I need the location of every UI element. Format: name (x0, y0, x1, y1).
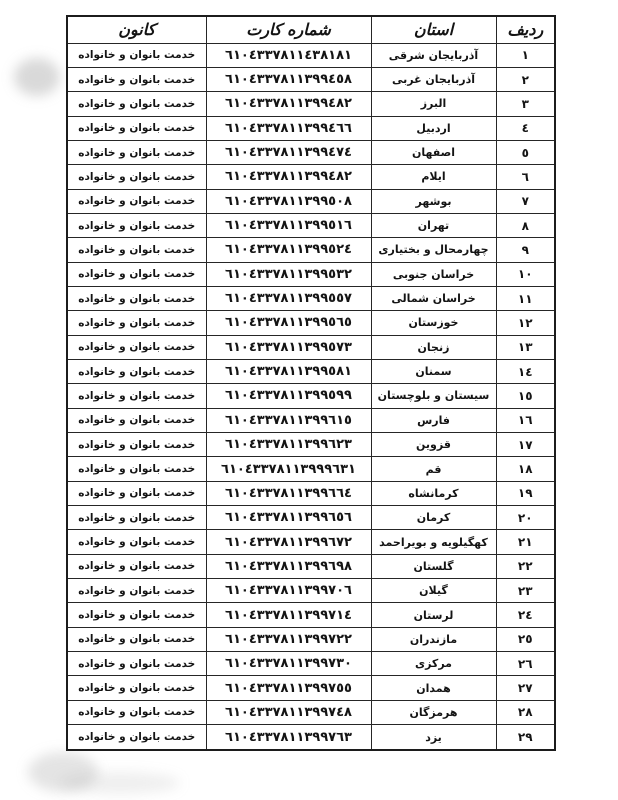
province-cell: خوزستان (371, 311, 496, 335)
card-number-cell: ٦١٠٤٣٣٧٨١١٣٩٩٤٨٢ (206, 165, 371, 189)
kanoon-cell: خدمت بانوان و خانواده (67, 725, 206, 750)
province-cell: آذربایجان شرقی (371, 43, 496, 67)
table-row: ٢٥مازندران٦١٠٤٣٣٧٨١١٣٩٩٧٢٢خدمت بانوان و … (67, 627, 555, 651)
row-number-cell: ٢٩ (496, 725, 555, 750)
province-cell: اردبیل (371, 116, 496, 140)
card-number-cell: ٦١٠٤٣٣٧٨١١٣٩٩٧١٤ (206, 603, 371, 627)
province-cell: لرستان (371, 603, 496, 627)
card-number-cell: ٦١٠٤٣٣٧٨١١٣٩٩٦٢٣ (206, 433, 371, 457)
province-cell: ایلام (371, 165, 496, 189)
province-cell: مرکزی (371, 652, 496, 676)
row-number-cell: ١٤ (496, 359, 555, 383)
row-number-cell: ١٥ (496, 384, 555, 408)
table-row: ٢٦مرکزی٦١٠٤٣٣٧٨١١٣٩٩٧٣٠خدمت بانوان و خان… (67, 652, 555, 676)
kanoon-cell: خدمت بانوان و خانواده (67, 408, 206, 432)
card-number-cell: ٦١٠٤٣٣٧٨١١٣٩٩٧٤٨ (206, 700, 371, 724)
kanoon-cell: خدمت بانوان و خانواده (67, 92, 206, 116)
province-cell: آذربایجان غربی (371, 67, 496, 91)
card-number-cell: ٦١٠٤٣٣٧٨١١٣٩٩٥٨١ (206, 359, 371, 383)
card-number-cell: ٦١٠٤٣٣٧٨١١٣٩٩٤٥٨ (206, 67, 371, 91)
card-number-cell: ٦١٠٤٣٣٧٨١١٣٩٩٥١٦ (206, 213, 371, 237)
kanoon-cell: خدمت بانوان و خانواده (67, 116, 206, 140)
row-number-cell: ٢٠ (496, 506, 555, 530)
kanoon-cell: خدمت بانوان و خانواده (67, 506, 206, 530)
card-number-cell: ٦١٠٤٣٣٧٨١١٣٩٩٦٩٨ (206, 554, 371, 578)
kanoon-cell: خدمت بانوان و خانواده (67, 262, 206, 286)
card-number-cell: ٦١٠٤٣٣٧٨١١٣٩٩٤٧٤ (206, 140, 371, 164)
card-number-cell: ٦١٠٤٣٣٧٨١١٤٣٨١٨١ (206, 43, 371, 67)
table-row: ١٤سمنان٦١٠٤٣٣٧٨١١٣٩٩٥٨١خدمت بانوان و خان… (67, 359, 555, 383)
kanoon-cell: خدمت بانوان و خانواده (67, 189, 206, 213)
card-number-cell: ٦١٠٤٣٣٧٨١١٣٩٩٦٦٤ (206, 481, 371, 505)
card-number-cell: ٦١٠٤٣٣٧٨١١٣٩٩٦٥٦ (206, 506, 371, 530)
card-number-cell: ٦١٠٤٣٣٧٨١١٣٩٩٥٧٣ (206, 335, 371, 359)
row-number-cell: ٢٤ (496, 603, 555, 627)
card-number-cell: ٦١٠٤٣٣٧٨١١٣٩٩٧٦٣ (206, 725, 371, 750)
table-body: ١آذربایجان شرقی٦١٠٤٣٣٧٨١١٤٣٨١٨١خدمت بانو… (67, 43, 555, 750)
row-number-cell: ٧ (496, 189, 555, 213)
table-row: ٢٠کرمان٦١٠٤٣٣٧٨١١٣٩٩٦٥٦خدمت بانوان و خان… (67, 506, 555, 530)
row-number-cell: ١٦ (496, 408, 555, 432)
row-number-cell: ٦ (496, 165, 555, 189)
card-number-cell: ٦١٠٤٣٣٧٨١١٣٩٩٦٧٢ (206, 530, 371, 554)
table-row: ١٢خوزستان٦١٠٤٣٣٧٨١١٣٩٩٥٦٥خدمت بانوان و خ… (67, 311, 555, 335)
table-row: ١٠خراسان جنوبی٦١٠٤٣٣٧٨١١٣٩٩٥٣٢خدمت بانوا… (67, 262, 555, 286)
province-cell: اصفهان (371, 140, 496, 164)
kanoon-cell: خدمت بانوان و خانواده (67, 676, 206, 700)
kanoon-cell: خدمت بانوان و خانواده (67, 652, 206, 676)
province-cell: کرمان (371, 506, 496, 530)
row-number-cell: ١٠ (496, 262, 555, 286)
table-row: ٣البرز٦١٠٤٣٣٧٨١١٣٩٩٤٨٢خدمت بانوان و خانو… (67, 92, 555, 116)
table-row: ١٩کرمانشاه٦١٠٤٣٣٧٨١١٣٩٩٦٦٤خدمت بانوان و … (67, 481, 555, 505)
row-number-cell: ٢٦ (496, 652, 555, 676)
row-number-cell: ٢ (496, 67, 555, 91)
row-number-cell: ٢٣ (496, 579, 555, 603)
card-number-cell: ٦١٠٤٣٣٧٨١١٣٩٩٥٥٧ (206, 286, 371, 310)
row-number-cell: ١٢ (496, 311, 555, 335)
card-number-cell: ٦١٠٤٣٣٧٨١١٣٩٩٧٥٥ (206, 676, 371, 700)
scan-artifact-smudge (28, 752, 98, 792)
kanoon-cell: خدمت بانوان و خانواده (67, 311, 206, 335)
row-number-cell: ١ (496, 43, 555, 67)
table-row: ٤اردبیل٦١٠٤٣٣٧٨١١٣٩٩٤٦٦خدمت بانوان و خان… (67, 116, 555, 140)
table-row: ٢٨هرمزگان٦١٠٤٣٣٧٨١١٣٩٩٧٤٨خدمت بانوان و خ… (67, 700, 555, 724)
table-row: ٥اصفهان٦١٠٤٣٣٧٨١١٣٩٩٤٧٤خدمت بانوان و خان… (67, 140, 555, 164)
card-number-cell: ٦١٠٤٣٣٧٨١١٣٩٩٩٦٣١ (206, 457, 371, 481)
card-number-cell: ٦١٠٤٣٣٧٨١١٣٩٩٧٣٠ (206, 652, 371, 676)
kanoon-cell: خدمت بانوان و خانواده (67, 530, 206, 554)
kanoon-cell: خدمت بانوان و خانواده (67, 43, 206, 67)
province-cell: همدان (371, 676, 496, 700)
kanoon-cell: خدمت بانوان و خانواده (67, 140, 206, 164)
row-number-cell: ١١ (496, 286, 555, 310)
card-number-cell: ٦١٠٤٣٣٧٨١١٣٩٩٥٢٤ (206, 238, 371, 262)
province-cell: البرز (371, 92, 496, 116)
table-row: ١١خراسان شمالی٦١٠٤٣٣٧٨١١٣٩٩٥٥٧خدمت بانوا… (67, 286, 555, 310)
provinces-card-table: ردیف استان شماره کارت کانون ١آذربایجان ش… (66, 15, 556, 751)
kanoon-cell: خدمت بانوان و خانواده (67, 603, 206, 627)
row-number-cell: ١٩ (496, 481, 555, 505)
card-number-cell: ٦١٠٤٣٣٧٨١١٣٩٩٧٢٢ (206, 627, 371, 651)
table-row: ٢آذربایجان غربی٦١٠٤٣٣٧٨١١٣٩٩٤٥٨خدمت بانو… (67, 67, 555, 91)
row-number-cell: ١٧ (496, 433, 555, 457)
card-number-cell: ٦١٠٤٣٣٧٨١١٣٩٩٥٠٨ (206, 189, 371, 213)
kanoon-cell: خدمت بانوان و خانواده (67, 554, 206, 578)
province-cell: قزوین (371, 433, 496, 457)
province-cell: گلستان (371, 554, 496, 578)
province-cell: بوشهر (371, 189, 496, 213)
kanoon-cell: خدمت بانوان و خانواده (67, 165, 206, 189)
kanoon-cell: خدمت بانوان و خانواده (67, 627, 206, 651)
card-number-cell: ٦١٠٤٣٣٧٨١١٣٩٩٧٠٦ (206, 579, 371, 603)
row-number-cell: ٢٥ (496, 627, 555, 651)
row-number-cell: ٩ (496, 238, 555, 262)
province-cell: تهران (371, 213, 496, 237)
kanoon-cell: خدمت بانوان و خانواده (67, 213, 206, 237)
column-header-kanoon: کانون (67, 16, 206, 43)
row-number-cell: ٢٢ (496, 554, 555, 578)
kanoon-cell: خدمت بانوان و خانواده (67, 700, 206, 724)
row-number-cell: ١٨ (496, 457, 555, 481)
kanoon-cell: خدمت بانوان و خانواده (67, 579, 206, 603)
table-row: ٢٤لرستان٦١٠٤٣٣٧٨١١٣٩٩٧١٤خدمت بانوان و خا… (67, 603, 555, 627)
table-row: ٩چهارمحال و بختیاری٦١٠٤٣٣٧٨١١٣٩٩٥٢٤خدمت … (67, 238, 555, 262)
row-number-cell: ٢٨ (496, 700, 555, 724)
column-header-row: ردیف (496, 16, 555, 43)
table-row: ٢٩یزد٦١٠٤٣٣٧٨١١٣٩٩٧٦٣خدمت بانوان و خانوا… (67, 725, 555, 750)
kanoon-cell: خدمت بانوان و خانواده (67, 433, 206, 457)
kanoon-cell: خدمت بانوان و خانواده (67, 286, 206, 310)
row-number-cell: ٢٧ (496, 676, 555, 700)
province-cell: کرمانشاه (371, 481, 496, 505)
province-cell: کهگیلویه و بویراحمد (371, 530, 496, 554)
table-row: ٢٢گلستان٦١٠٤٣٣٧٨١١٣٩٩٦٩٨خدمت بانوان و خا… (67, 554, 555, 578)
table-row: ٨تهران٦١٠٤٣٣٧٨١١٣٩٩٥١٦خدمت بانوان و خانو… (67, 213, 555, 237)
row-number-cell: ٨ (496, 213, 555, 237)
table-row: ١آذربایجان شرقی٦١٠٤٣٣٧٨١١٤٣٨١٨١خدمت بانو… (67, 43, 555, 67)
card-number-cell: ٦١٠٤٣٣٧٨١١٣٩٩٦١٥ (206, 408, 371, 432)
kanoon-cell: خدمت بانوان و خانواده (67, 359, 206, 383)
province-cell: هرمزگان (371, 700, 496, 724)
scanned-document-page: { "document": { "kind": "scanned-table",… (0, 0, 618, 800)
table-row: ١٧قزوین٦١٠٤٣٣٧٨١١٣٩٩٦٢٣خدمت بانوان و خان… (67, 433, 555, 457)
province-cell: یزد (371, 725, 496, 750)
province-cell: زنجان (371, 335, 496, 359)
card-number-cell: ٦١٠٤٣٣٧٨١١٣٩٩٥٣٢ (206, 262, 371, 286)
table-row: ٢٧همدان٦١٠٤٣٣٧٨١١٣٩٩٧٥٥خدمت بانوان و خان… (67, 676, 555, 700)
province-cell: گیلان (371, 579, 496, 603)
scan-artifact-smudge (14, 58, 60, 96)
kanoon-cell: خدمت بانوان و خانواده (67, 457, 206, 481)
kanoon-cell: خدمت بانوان و خانواده (67, 481, 206, 505)
row-number-cell: ٢١ (496, 530, 555, 554)
kanoon-cell: خدمت بانوان و خانواده (67, 67, 206, 91)
row-number-cell: ٣ (496, 92, 555, 116)
row-number-cell: ٥ (496, 140, 555, 164)
table-row: ١٨قم٦١٠٤٣٣٧٨١١٣٩٩٩٦٣١خدمت بانوان و خانوا… (67, 457, 555, 481)
province-cell: فارس (371, 408, 496, 432)
header-row: ردیف استان شماره کارت کانون (67, 16, 555, 43)
card-number-cell: ٦١٠٤٣٣٧٨١١٣٩٩٤٨٢ (206, 92, 371, 116)
table-row: ١٦فارس٦١٠٤٣٣٧٨١١٣٩٩٦١٥خدمت بانوان و خانو… (67, 408, 555, 432)
card-number-cell: ٦١٠٤٣٣٧٨١١٣٩٩٥٩٩ (206, 384, 371, 408)
column-header-card: شماره کارت (206, 16, 371, 43)
row-number-cell: ٤ (496, 116, 555, 140)
table-header: ردیف استان شماره کارت کانون (67, 16, 555, 43)
province-cell: قم (371, 457, 496, 481)
table-row: ١٣زنجان٦١٠٤٣٣٧٨١١٣٩٩٥٧٣خدمت بانوان و خان… (67, 335, 555, 359)
table-row: ٢١کهگیلویه و بویراحمد٦١٠٤٣٣٧٨١١٣٩٩٦٧٢خدم… (67, 530, 555, 554)
kanoon-cell: خدمت بانوان و خانواده (67, 335, 206, 359)
table-row: ٦ایلام٦١٠٤٣٣٧٨١١٣٩٩٤٨٢خدمت بانوان و خانو… (67, 165, 555, 189)
province-cell: خراسان شمالی (371, 286, 496, 310)
province-cell: خراسان جنوبی (371, 262, 496, 286)
scan-artifact-smudge (60, 772, 180, 794)
province-cell: سیستان و بلوچستان (371, 384, 496, 408)
kanoon-cell: خدمت بانوان و خانواده (67, 238, 206, 262)
province-cell: سمنان (371, 359, 496, 383)
province-cell: مازندران (371, 627, 496, 651)
card-number-cell: ٦١٠٤٣٣٧٨١١٣٩٩٥٦٥ (206, 311, 371, 335)
column-header-province: استان (371, 16, 496, 43)
kanoon-cell: خدمت بانوان و خانواده (67, 384, 206, 408)
table-row: ١٥سیستان و بلوچستان٦١٠٤٣٣٧٨١١٣٩٩٥٩٩خدمت … (67, 384, 555, 408)
card-number-cell: ٦١٠٤٣٣٧٨١١٣٩٩٤٦٦ (206, 116, 371, 140)
table-row: ٢٣گیلان٦١٠٤٣٣٧٨١١٣٩٩٧٠٦خدمت بانوان و خان… (67, 579, 555, 603)
province-cell: چهارمحال و بختیاری (371, 238, 496, 262)
table-row: ٧بوشهر٦١٠٤٣٣٧٨١١٣٩٩٥٠٨خدمت بانوان و خانو… (67, 189, 555, 213)
row-number-cell: ١٣ (496, 335, 555, 359)
